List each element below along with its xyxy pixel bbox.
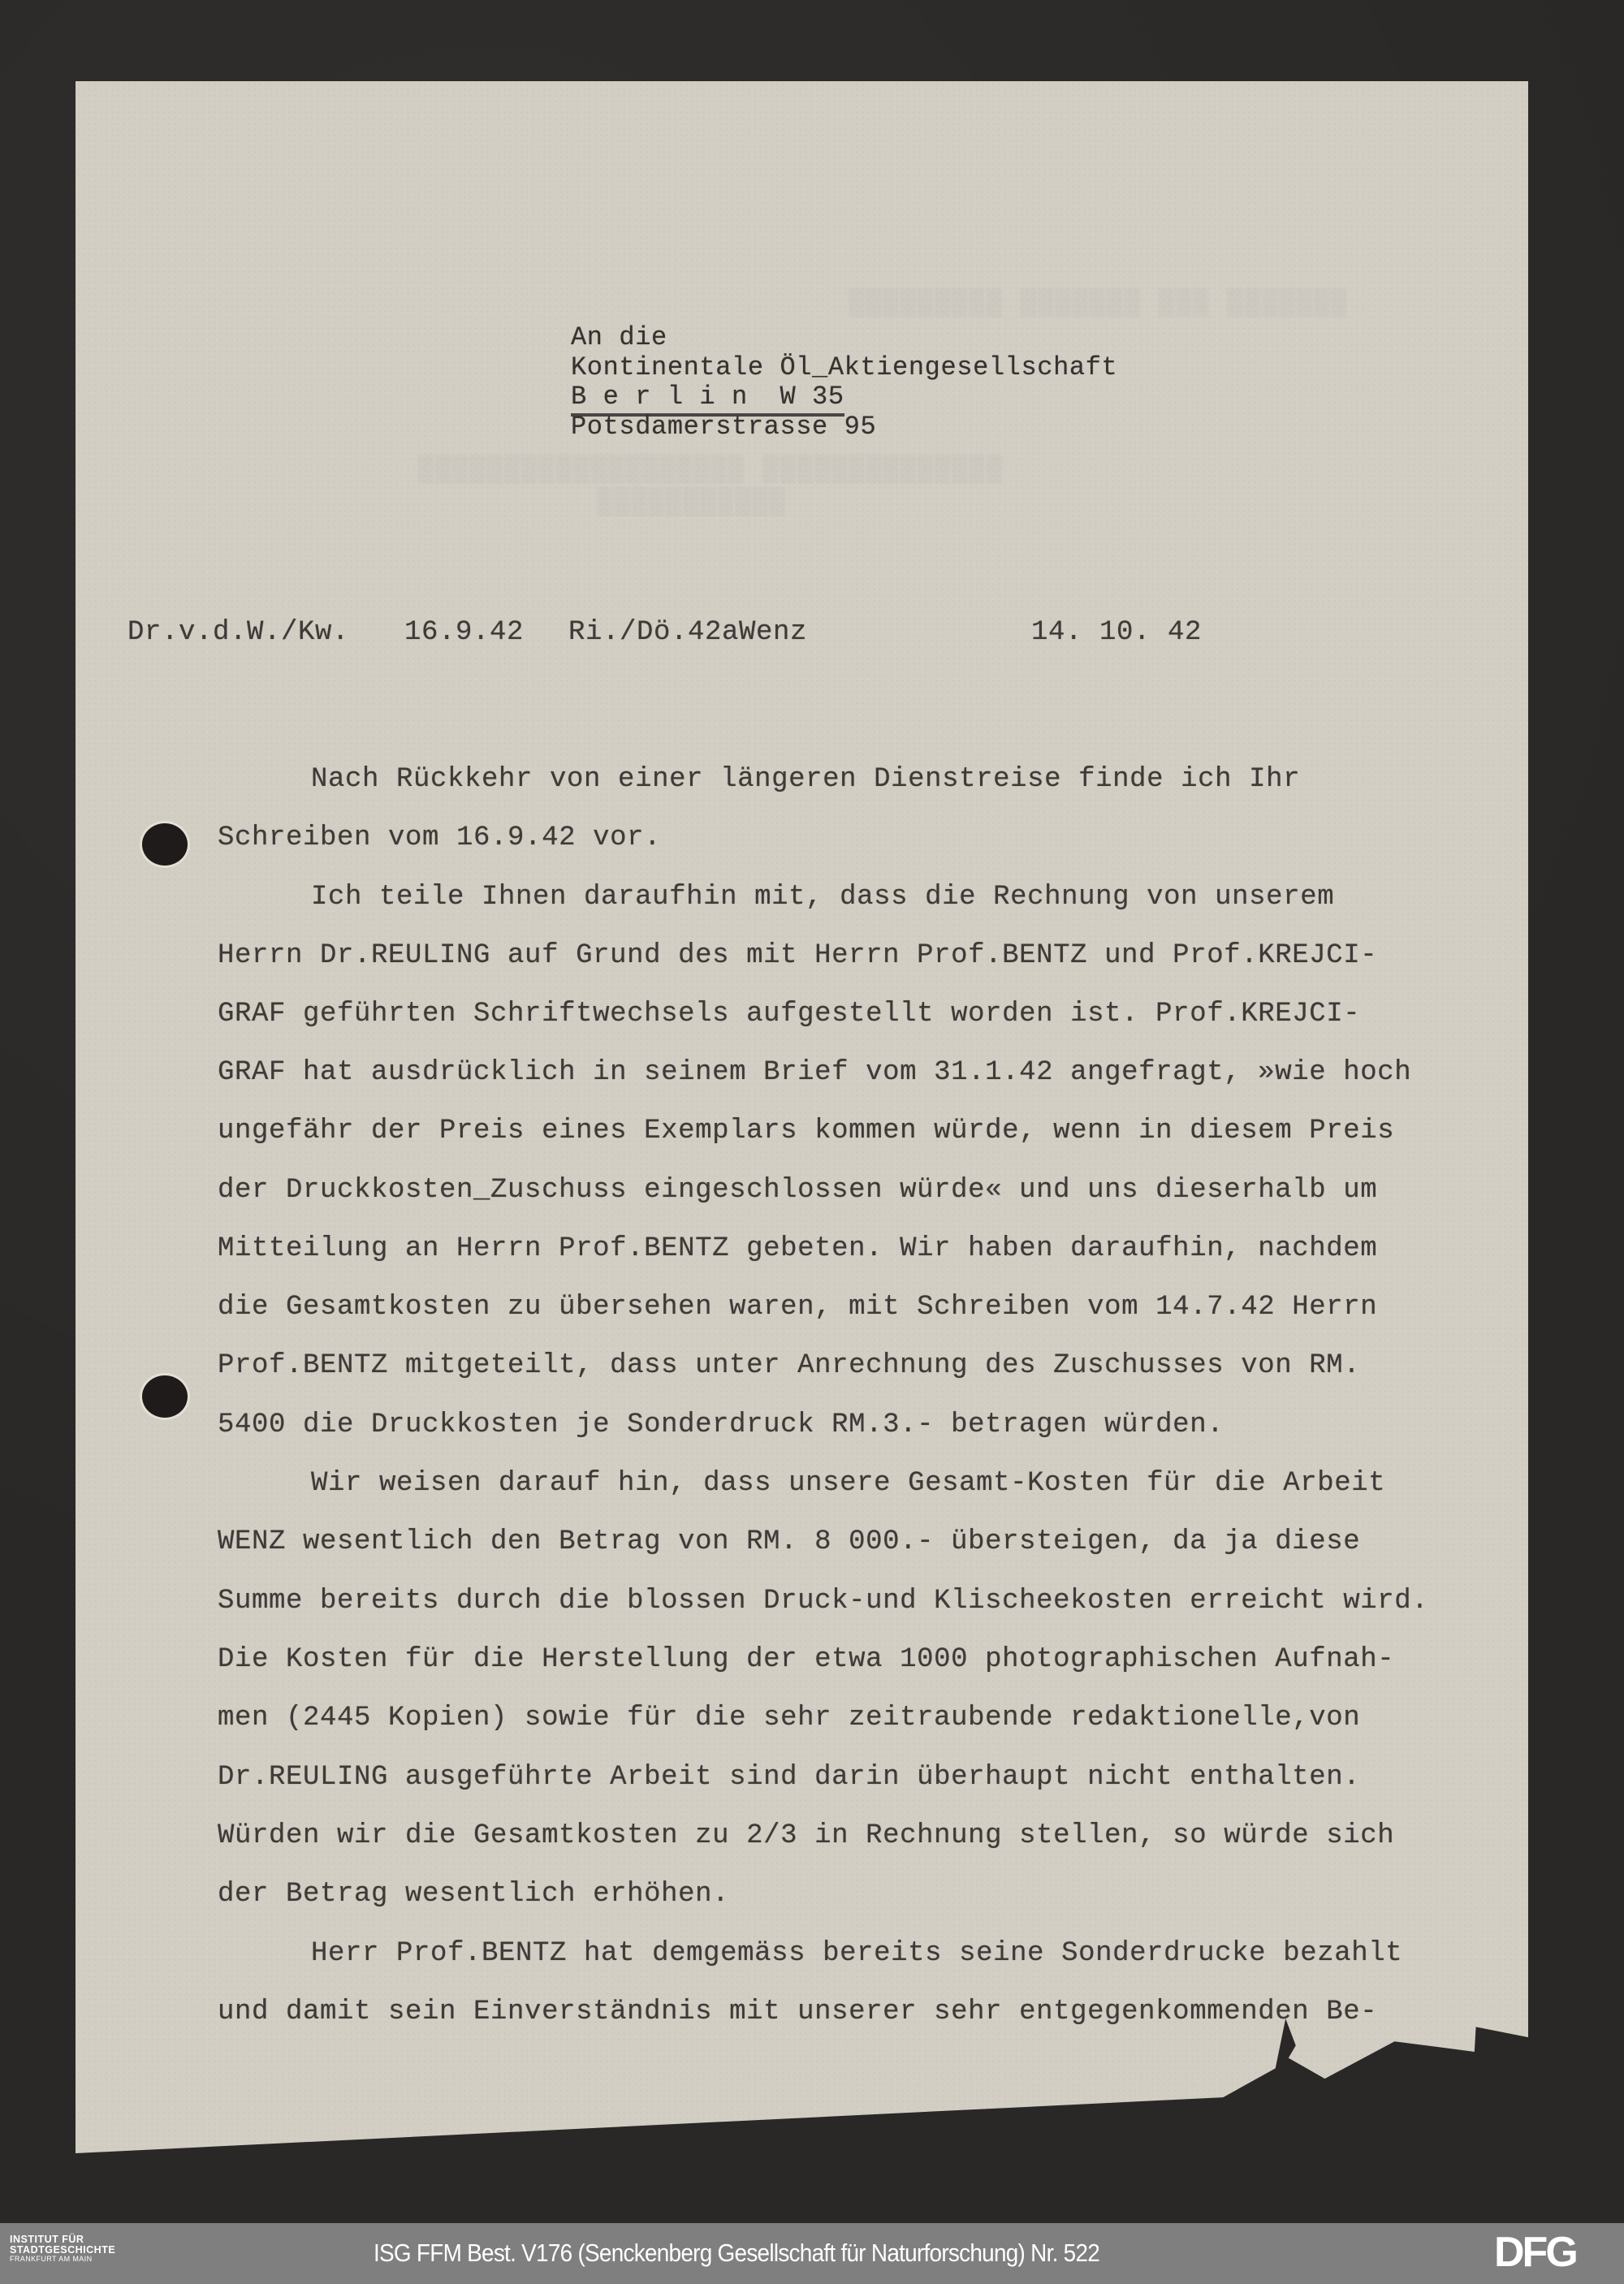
their-date: 16.9.42 xyxy=(404,619,524,646)
punch-hole-bottom xyxy=(142,1375,188,1418)
institution-logo: INSTITUT FÜR STADTGESCHICHTE FRANKFURT A… xyxy=(10,2234,115,2264)
body-line: Prof.BENTZ mitgeteilt, dass unter Anrech… xyxy=(218,1352,1360,1379)
body-line: men (2445 Kopien) sowie für die sehr zei… xyxy=(218,1704,1360,1732)
punch-hole-top xyxy=(142,823,188,866)
recipient-line-1: An die xyxy=(571,325,667,351)
body-line: 5400 die Druckkosten je Sonderdruck RM.3… xyxy=(218,1411,1224,1439)
body-line: Nach Rückkehr von einer längeren Dienstr… xyxy=(311,766,1300,793)
bleed-through-text: ▒▒▒▒▒▒▒ ▒▒▒ ▒▒▒▒▒▒▒ ▒▒▒▒▒▒▒▒▒ xyxy=(847,288,1346,318)
body-line: der Druckkosten_Zuschuss eingeschlossen … xyxy=(218,1177,1377,1204)
body-line: und damit sein Einverständnis mit unsere… xyxy=(218,1998,1377,2026)
body-line: Herrn Dr.REULING auf Grund des mit Herrn… xyxy=(218,942,1377,969)
body-line: Wir weisen darauf hin, dass unsere Gesam… xyxy=(311,1470,1385,1497)
bleed-through-text: ▒▒▒▒▒▒▒▒▒▒▒ xyxy=(595,487,784,517)
body-line: Die Kosten für die Herstellung der etwa … xyxy=(218,1646,1394,1673)
bleed-through-text: ▒▒▒▒▒▒▒▒▒▒▒▒▒▒ ▒▒▒▒▒▒▒▒▒▒▒▒▒▒▒▒▒▒▒ xyxy=(417,455,1002,485)
letter-date: 14. 10. 42 xyxy=(1031,619,1202,646)
recipient-company: Kontinentale Öl_Aktiengesellschaft xyxy=(571,355,1117,381)
body-line: Herr Prof.BENTZ hat demgemäss bereits se… xyxy=(311,1940,1402,1967)
dfg-logo: DFG xyxy=(1494,2231,1576,2273)
their-reference: Dr.v.d.W./Kw. xyxy=(127,619,349,646)
archive-footer: INSTITUT FÜR STADTGESCHICHTE FRANKFURT A… xyxy=(0,2223,1624,2284)
body-line: Ich teile Ihnen daraufhin mit, dass die … xyxy=(311,883,1334,911)
institution-line-3: FRANKFURT AM MAIN xyxy=(10,2256,115,2263)
recipient-street: Potsdamerstrasse 95 xyxy=(571,414,876,440)
body-line: GRAF geführten Schriftwechsels aufgestel… xyxy=(218,1000,1360,1028)
body-line: die Gesamtkosten zu übersehen waren, mit… xyxy=(218,1293,1377,1321)
body-line: der Betrag wesentlich erhöhen. xyxy=(218,1880,729,1908)
body-line: ungefähr der Preis eines Exemplars komme… xyxy=(218,1117,1394,1145)
body-line: Mitteilung an Herrn Prof.BENTZ gebeten. … xyxy=(218,1235,1377,1263)
our-reference: Ri./Dö.42aWenz xyxy=(568,619,807,646)
body-line: Würden wir die Gesamtkosten zu 2/3 in Re… xyxy=(218,1822,1394,1850)
body-line: WENZ wesentlich den Betrag von RM. 8 000… xyxy=(218,1528,1360,1556)
body-line: GRAF hat ausdrücklich in seinem Brief vo… xyxy=(218,1059,1411,1086)
archive-caption: ISG FFM Best. V176 (Senckenberg Gesellsc… xyxy=(374,2239,1099,2268)
body-line: Schreiben vom 16.9.42 vor. xyxy=(218,824,661,852)
body-line: Dr.REULING ausgeführte Arbeit sind darin… xyxy=(218,1764,1360,1791)
body-line: Summe bereits durch die blossen Druck-un… xyxy=(218,1587,1428,1615)
